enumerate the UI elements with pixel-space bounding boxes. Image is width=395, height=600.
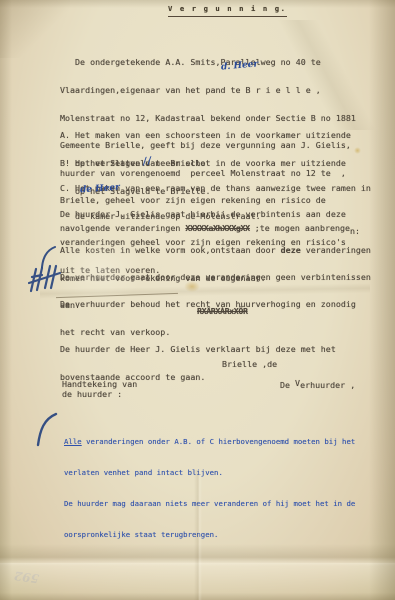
item-a-line: A. Het maken van een schoorsteen in de v…	[60, 131, 351, 140]
margin-hash-icon	[28, 264, 62, 294]
overtyped-word: deze	[281, 245, 301, 255]
blue-carbon-note: Alle veranderingen onder A.B. of C hierb…	[64, 416, 355, 561]
signature-label-line2: de huurder :	[62, 390, 122, 399]
blue-note-line: De huurder mag daaraan niets meer verand…	[64, 499, 355, 509]
handwritten-accent-marks: //	[142, 155, 153, 167]
paragraph-line: De huurder de Heer J. Gielis verklaart b…	[60, 345, 336, 354]
blue-note-text: veranderingen onder A.B. of C hierboveng…	[82, 437, 356, 446]
paper-left-edge-shadow	[0, 0, 12, 600]
paper-bottom-edge	[0, 563, 395, 600]
scanned-permit-document: V e r g u n n i n g. De ondergetekende A…	[0, 0, 395, 600]
document-title: V e r g u n n i n g.	[168, 4, 287, 17]
paper-right-edge-shadow	[369, 0, 395, 600]
landlord-signature-label: De Verhuurder ,	[280, 381, 355, 390]
intro-line: De ondergetekende A.A. Smits,Parallelweg…	[60, 58, 360, 67]
paragraph-text: Alle kosten in welke vorm ook,ontstaan d…	[60, 245, 281, 255]
paragraph-line: De huurder J. Gielis gaat hierbij de ver…	[60, 210, 346, 219]
blue-note-line: Alle veranderingen onder A.B. of C hierb…	[64, 437, 355, 447]
raised-capital: V	[295, 378, 300, 388]
place-date-line: Brielle ,de	[222, 360, 277, 369]
centered-crossed-out-word: RXÂRXÀRxXÔR	[197, 307, 248, 316]
margin-bracket-icon	[38, 245, 58, 269]
paragraph-text: veranderingen	[301, 245, 371, 255]
underlined-word: Alle	[64, 437, 82, 446]
intro-line: Vlaardingen,eigenaar van het pand te B r…	[60, 86, 360, 95]
blue-note-line: oorspronkelijke staat terugbrengen.	[64, 530, 355, 540]
margin-large-bracket-icon	[32, 412, 60, 448]
blue-note-line: verlaten venhet pand intact blijven.	[64, 468, 355, 478]
signature-text: erhuurder ,	[300, 380, 355, 390]
signature-text: De	[280, 380, 295, 390]
faint-bleedthrough-number: 592	[13, 568, 40, 585]
signature-label-line1: Handtekeing van	[62, 380, 137, 389]
